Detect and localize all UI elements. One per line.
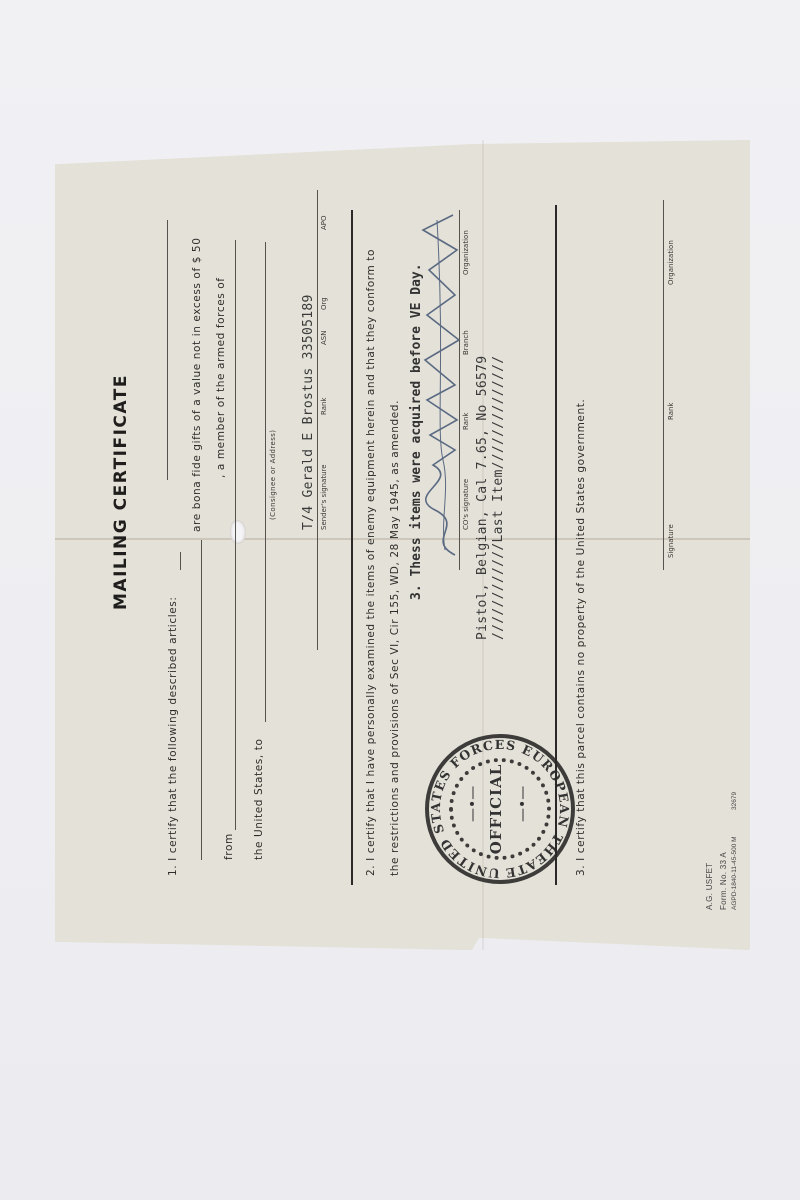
cos-signature-label: CO's signature <box>462 479 470 530</box>
section1-line1b: are bona fide gifts of a value not in ex… <box>191 238 203 532</box>
stamp-arrow-bottom: —•— <box>515 786 531 822</box>
print-code-2: 32679 <box>731 792 738 810</box>
section3-line1: 3. I certify that this parcel contains n… <box>575 399 587 876</box>
senders-signature-label: Sender's signature <box>320 464 328 530</box>
sender-typed-name: T/4 Gerald E Brostus 33505189 <box>301 294 316 530</box>
print-code: AGPD-1840-11-45-500 M <box>731 836 738 910</box>
from-label: from <box>223 833 235 860</box>
org-label: Org <box>320 297 328 310</box>
asn-label: ASN <box>320 331 328 345</box>
to-label: the United States, to <box>253 739 265 861</box>
articles-field-line <box>201 540 202 860</box>
branch-label: Branch <box>462 330 470 355</box>
member-text: , a member of the armed forces of <box>215 275 227 480</box>
form-title: MAILING CERTIFICATE <box>111 374 131 610</box>
co-signature-line <box>459 210 460 570</box>
rank-label-1: Rank <box>320 398 328 416</box>
sender-signature-line <box>317 190 318 650</box>
issuer-code: A.G. USFET <box>705 863 714 910</box>
stamp-arrow-top: —•— <box>465 786 481 822</box>
signature-label: Signature <box>667 524 675 558</box>
stamp-official-text: OFFICIAL <box>487 738 505 880</box>
organization-label-3: Organization <box>667 240 675 285</box>
rank-label-2: Rank <box>462 413 470 431</box>
articles-line-top <box>167 220 168 480</box>
organization-label-2: Organization <box>462 230 470 275</box>
section2-line2: the restrictions and provisions of Sec V… <box>389 400 401 876</box>
section-divider-1 <box>351 210 353 885</box>
section2-line1: 2. I certify that I have personally exam… <box>365 249 377 876</box>
item-description-line2: ////////////Last Item////////////// <box>491 356 506 640</box>
from-field-line <box>235 240 236 830</box>
item-description: Pistol, Belgian, Cal 7.65, No 56579 <box>475 356 490 640</box>
to-field-line <box>265 242 266 722</box>
official-stamp: UNITED STATES FORCES EUROPEAN THEATER • … <box>425 734 575 884</box>
mailing-certificate-form: MAILING CERTIFICATE 1. I certify that th… <box>55 140 750 950</box>
section3-signature-line <box>663 200 664 570</box>
apo-label: APO <box>320 215 328 230</box>
form-number: Form. No. 33 A <box>719 852 728 910</box>
section-divider-2 <box>555 205 557 885</box>
consignee-label: (Consignee or Address) <box>269 430 277 520</box>
rank-label-3: Rank <box>667 403 675 421</box>
articles-line <box>180 552 181 570</box>
section1-line1: 1. I certify that the following describe… <box>167 597 179 876</box>
